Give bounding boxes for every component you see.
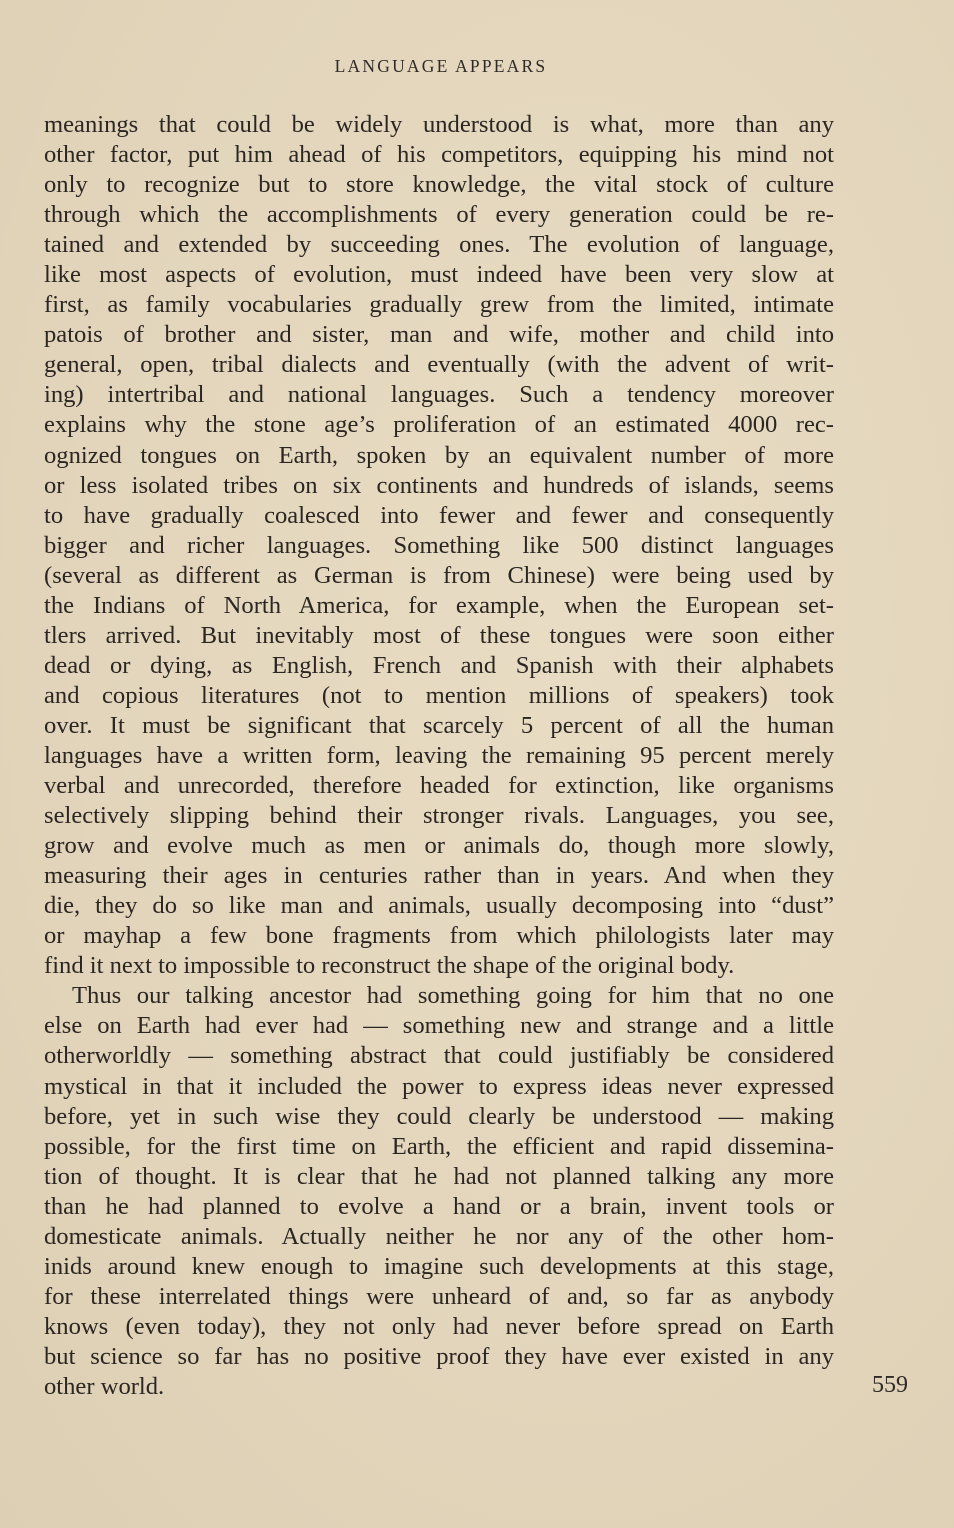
text-line: for these interrelated things were unhea… [44,1282,834,1312]
text-line: tion of thought. It is clear that he had… [44,1162,834,1192]
text-line: grow and evolve much as men or animals d… [44,831,834,861]
text-line: general, open, tribal dialects and event… [44,350,834,380]
text-line: to have gradually coalesced into fewer a… [44,501,834,531]
text-line: through which the accomplishments of eve… [44,200,834,230]
text-line: ing) intertribal and national languages.… [44,380,834,410]
text-line: die, they do so like man and animals, us… [44,891,834,921]
text-line: knows (even today), they not only had ne… [44,1312,834,1342]
text-line: otherworldly — something abstract that c… [44,1041,834,1071]
paragraph: Thus our talking ancestor had something … [44,981,834,1402]
text-line: only to recognize but to store knowledge… [44,170,834,200]
text-line: first, as family vocabularies gradually … [44,290,834,320]
text-line: like most aspects of evolution, must ind… [44,260,834,290]
text-line: before, yet in such wise they could clea… [44,1102,834,1132]
text-line: possible, for the first time on Earth, t… [44,1132,834,1162]
text-line: over. It must be significant that scarce… [44,711,834,741]
text-line: domesticate animals. Actually neither he… [44,1222,834,1252]
text-line: ognized tongues on Earth, spoken by an e… [44,441,834,471]
text-line: or less isolated tribes on six continent… [44,471,834,501]
text-line: dead or dying, as English, French and Sp… [44,651,834,681]
page-number: 559 [872,1372,908,1399]
text-line: verbal and unrecorded, therefore headed … [44,771,834,801]
text-line: find it next to impossible to reconstruc… [44,951,834,981]
text-line: other factor, put him ahead of his compe… [44,140,834,170]
text-line: else on Earth had ever had — something n… [44,1011,834,1041]
paragraph: meanings that could be widely understood… [44,110,834,981]
text-line: explains why the stone age’s proliferati… [44,410,834,440]
text-line: or mayhap a few bone fragments from whic… [44,921,834,951]
text-line: Thus our talking ancestor had something … [44,981,834,1011]
text-line: other world. [44,1372,834,1402]
text-line: tlers arrived. But inevitably most of th… [44,621,834,651]
text-line: selectively slipping behind their strong… [44,801,834,831]
text-line: tained and extended by succeeding ones. … [44,230,834,260]
text-line: and copious literatures (not to mention … [44,681,834,711]
text-line: than he had planned to evolve a hand or … [44,1192,834,1222]
body-text: meanings that could be widely understood… [44,110,834,1402]
text-line: inids around knew enough to imagine such… [44,1252,834,1282]
text-line: the Indians of North America, for exampl… [44,591,834,621]
text-line: languages have a written form, leaving t… [44,741,834,771]
text-line: mystical in that it included the power t… [44,1072,834,1102]
text-line: but science so far has no positive proof… [44,1342,834,1372]
running-head: LANGUAGE APPEARS [0,56,882,77]
text-line: meanings that could be widely understood… [44,110,834,140]
text-line: bigger and richer languages. Something l… [44,531,834,561]
text-line: (several as different as German is from … [44,561,834,591]
text-line: patois of brother and sister, man and wi… [44,320,834,350]
text-line: measuring their ages in centuries rather… [44,861,834,891]
